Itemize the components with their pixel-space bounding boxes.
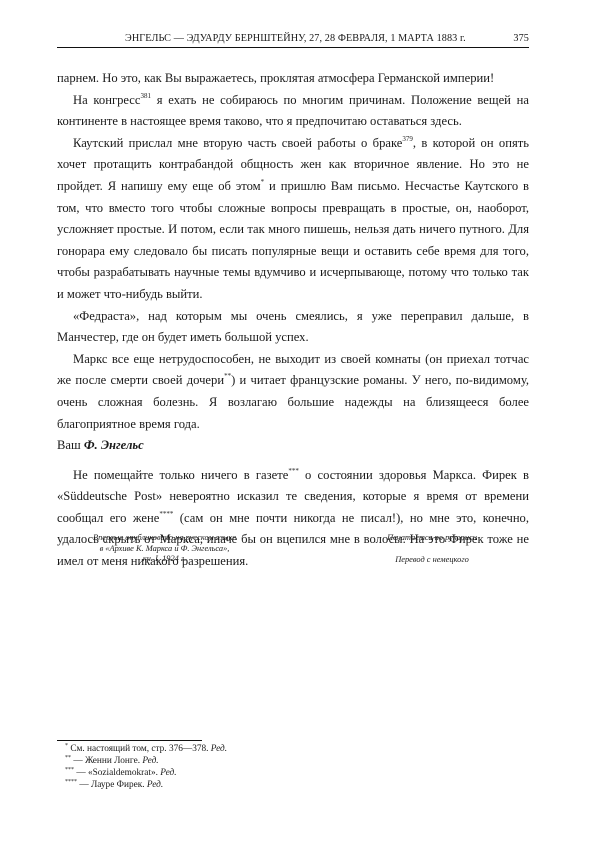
footnote-editor: Ред. [142,756,158,766]
footnote: *** — «Sozialdemokrat». Ред. [65,767,227,779]
note-line: Печатается по рукописи [357,533,507,544]
footnote: **** — Лауре Фирек. Ред. [65,779,227,791]
text: и пришлю Вам письмо. Несчастье Каутского… [57,179,529,301]
footnote-ref: **** [159,510,173,518]
signature-prefix: Ваш [57,438,84,452]
note-line: Впервые опубликовано на русском языке [77,533,252,544]
signature: Ваш Ф. Энгельс [57,435,529,457]
spacer [57,457,529,465]
source-note: Печатается по рукописи Перевод с немецко… [357,533,507,565]
running-head: ЭНГЕЛЬС — ЭДУАРДУ БЕРНШТЕЙНУ, 27, 28 ФЕВ… [57,33,529,48]
note-ref: 379 [402,135,413,143]
note-line: Перевод с немецкого [357,555,507,566]
note-line: кн. I, 1924 г. [77,554,252,565]
note-line: в «Архиве К. Маркса и Ф. Энгельса», [77,544,252,555]
paragraph: «Федраста», над которым мы очень смеялис… [57,306,529,349]
text: Каутский прислал мне вторую часть своей … [73,136,402,150]
text: парнем. Но это, как Вы выражаетесь, прок… [57,71,494,85]
footnote-text: См. настоящий том, стр. 376—378. [68,744,211,754]
footnote-text: — Женни Лонге. [71,756,142,766]
footnote-editor: Ред. [160,768,176,778]
signature-name: Ф. Энгельс [84,438,144,452]
paragraph: парнем. Но это, как Вы выражаетесь, прок… [57,68,529,90]
running-head-title: ЭНГЕЛЬС — ЭДУАРДУ БЕРНШТЕЙНУ, 27, 28 ФЕВ… [125,33,466,44]
text: Не помещайте только ничего в газете [73,468,288,482]
paragraph: На конгресс381 я ехать не собираюсь по м… [57,90,529,133]
letter-body: парнем. Но это, как Вы выражаетесь, прок… [57,68,529,573]
footnotes: * См. настоящий том, стр. 376—378. Ред. … [65,743,227,791]
footnote-text: — Лауре Фирек. [77,780,147,790]
footnote-mark: **** [65,779,77,785]
text: «Федраста», над которым мы очень смеялис… [57,309,529,345]
book-page: ЭНГЕЛЬС — ЭДУАРДУ БЕРНШТЕЙНУ, 27, 28 ФЕВ… [57,0,529,850]
footnote-ref: ** [224,372,231,380]
publication-note: Впервые опубликовано на русском языке в … [77,533,252,565]
paragraph: Каутский прислал мне вторую часть своей … [57,133,529,306]
paragraph: Маркс все еще нетрудоспособен, не выходи… [57,349,529,435]
text: На конгресс [73,93,141,107]
footnote-divider [57,740,202,741]
footnote-mark: *** [65,767,74,773]
footnote: * См. настоящий том, стр. 376—378. Ред. [65,743,227,755]
footnote-ref: *** [288,467,299,475]
note-ref: 381 [141,92,152,100]
footnote: ** — Женни Лонге. Ред. [65,755,227,767]
footnote-editor: Ред. [147,780,163,790]
page-number: 375 [513,33,529,44]
footnote-editor: Ред. [211,744,227,754]
footnote-text: — «Sozialdemokrat». [74,768,160,778]
